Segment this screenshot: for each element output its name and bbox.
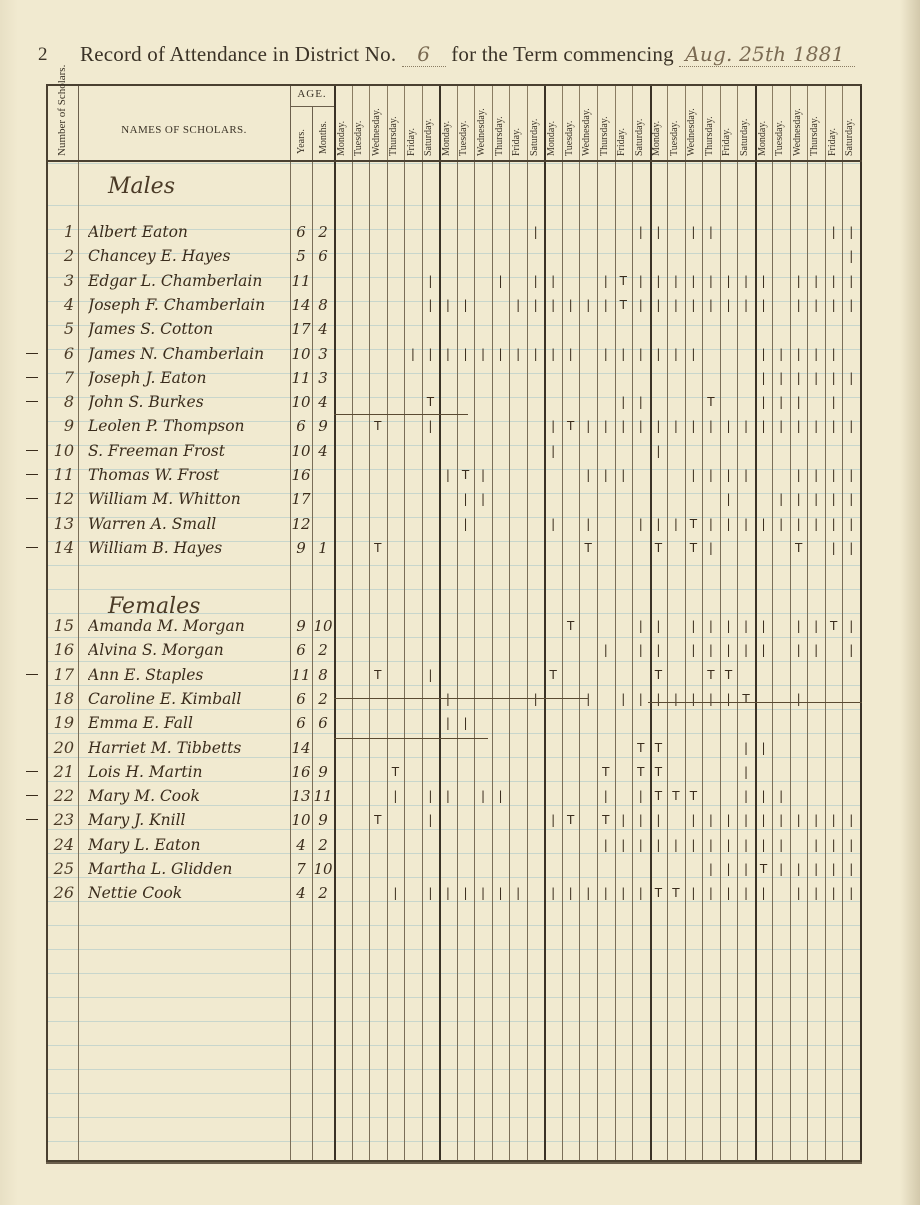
scholar-number: 8 bbox=[48, 392, 78, 411]
scholar-row: 10S. Freeman Frost104|| bbox=[48, 439, 860, 463]
present-mark: | bbox=[844, 492, 858, 506]
present-mark: | bbox=[722, 813, 736, 827]
present-mark: | bbox=[651, 419, 665, 433]
present-mark: | bbox=[844, 298, 858, 312]
present-mark: | bbox=[722, 886, 736, 900]
age-months: 10 bbox=[312, 617, 334, 635]
present-mark: | bbox=[459, 517, 473, 531]
present-mark: | bbox=[651, 347, 665, 361]
present-mark: | bbox=[757, 643, 771, 657]
present-mark: | bbox=[423, 347, 437, 361]
present-mark: | bbox=[616, 813, 630, 827]
attendance-marks: |||||T|||||||||||| bbox=[334, 269, 860, 293]
handwritten-rule-line bbox=[334, 414, 468, 415]
present-mark: | bbox=[827, 838, 841, 852]
present-mark: | bbox=[388, 886, 402, 900]
tardy-mark: T bbox=[371, 813, 385, 827]
present-mark: | bbox=[441, 789, 455, 803]
present-mark: | bbox=[423, 668, 437, 682]
present-mark: | bbox=[686, 298, 700, 312]
present-mark: | bbox=[722, 862, 736, 876]
present-mark: | bbox=[634, 298, 648, 312]
present-mark: | bbox=[844, 419, 858, 433]
day-label: Thursday. bbox=[388, 116, 399, 156]
scholar-number: 22 bbox=[48, 786, 78, 805]
scholar-name: Chancey E. Hayes bbox=[88, 247, 288, 265]
age-years: 17 bbox=[290, 490, 312, 508]
present-mark: | bbox=[739, 765, 753, 779]
present-mark: | bbox=[757, 274, 771, 288]
present-mark: | bbox=[704, 298, 718, 312]
present-mark: | bbox=[792, 492, 806, 506]
present-mark: | bbox=[599, 643, 613, 657]
day-label: Friday. bbox=[827, 128, 838, 156]
tardy-mark: T bbox=[371, 419, 385, 433]
day-column-header-tuesday: Tuesday. bbox=[772, 86, 791, 160]
age-months: 2 bbox=[312, 884, 334, 902]
present-mark: | bbox=[722, 619, 736, 633]
district-number: 6 bbox=[402, 42, 446, 67]
present-mark: | bbox=[844, 862, 858, 876]
present-mark: | bbox=[704, 838, 718, 852]
tardy-mark: T bbox=[599, 765, 613, 779]
present-mark: | bbox=[844, 813, 858, 827]
present-mark: | bbox=[809, 274, 823, 288]
present-mark: | bbox=[616, 838, 630, 852]
present-mark: | bbox=[564, 347, 578, 361]
present-mark: | bbox=[704, 419, 718, 433]
scholar-number: 3 bbox=[48, 271, 78, 290]
present-mark: | bbox=[634, 419, 648, 433]
present-mark: | bbox=[441, 886, 455, 900]
age-months: 4 bbox=[312, 393, 334, 411]
present-mark: | bbox=[441, 468, 455, 482]
present-mark: | bbox=[722, 274, 736, 288]
scholar-number: 25 bbox=[48, 859, 78, 878]
scholar-name: Mary M. Cook bbox=[88, 787, 288, 805]
present-mark: | bbox=[669, 347, 683, 361]
present-mark: | bbox=[423, 298, 437, 312]
tardy-mark: T bbox=[388, 765, 402, 779]
present-mark: | bbox=[423, 886, 437, 900]
present-mark: | bbox=[459, 716, 473, 730]
margin-tick-mark bbox=[26, 377, 38, 378]
present-mark: | bbox=[564, 886, 578, 900]
present-mark: | bbox=[616, 886, 630, 900]
scholar-name: Joseph F. Chamberlain bbox=[88, 296, 288, 314]
present-mark: | bbox=[546, 419, 560, 433]
header-number-of-scholars: Number of Scholars. bbox=[48, 86, 79, 160]
header-months: Months. bbox=[312, 106, 336, 160]
present-mark: | bbox=[651, 643, 665, 657]
present-mark: | bbox=[757, 789, 771, 803]
header-age-label: AGE. bbox=[290, 88, 334, 107]
present-mark: | bbox=[651, 813, 665, 827]
age-months: 9 bbox=[312, 417, 334, 435]
day-label: Saturday. bbox=[844, 119, 855, 156]
present-mark: | bbox=[651, 225, 665, 239]
age-years: 10 bbox=[290, 811, 312, 829]
age-years: 6 bbox=[290, 223, 312, 241]
present-mark: | bbox=[599, 789, 613, 803]
attendance-marks: ||||||||||||||||||||| bbox=[334, 342, 860, 366]
scholar-name: John S. Burkes bbox=[88, 393, 288, 411]
day-column-header-thursday: Thursday. bbox=[807, 86, 826, 160]
header-years-label: Years. bbox=[296, 129, 307, 154]
age-months: 10 bbox=[312, 860, 334, 878]
present-mark: | bbox=[546, 886, 560, 900]
age-months: 2 bbox=[312, 641, 334, 659]
attendance-marks: || bbox=[334, 711, 860, 735]
scholar-row: 17Ann E. Staples118T|TTTT bbox=[48, 663, 860, 687]
present-mark: | bbox=[686, 419, 700, 433]
scholar-number: 12 bbox=[48, 489, 78, 508]
scholar-row: 24Mary L. Eaton42|||||||||||||| bbox=[48, 833, 860, 857]
present-mark: | bbox=[494, 789, 508, 803]
present-mark: | bbox=[844, 517, 858, 531]
tardy-mark: T bbox=[581, 541, 595, 555]
day-column-header-wednesday: Wednesday. bbox=[579, 86, 598, 160]
scholar-name: Edgar L. Chamberlain bbox=[88, 272, 288, 290]
present-mark: | bbox=[494, 347, 508, 361]
scholar-row: 3Edgar L. Chamberlain11|||||T|||||||||||… bbox=[48, 269, 860, 293]
scholar-row: 5James S. Cotton174 bbox=[48, 317, 860, 341]
present-mark: | bbox=[686, 347, 700, 361]
day-label: Thursday. bbox=[494, 116, 505, 156]
present-mark: | bbox=[669, 692, 683, 706]
present-mark: | bbox=[844, 619, 858, 633]
present-mark: | bbox=[774, 862, 788, 876]
handwritten-rule-line bbox=[334, 698, 588, 699]
scholar-number: 21 bbox=[48, 762, 78, 781]
scholar-name: William B. Hayes bbox=[88, 539, 288, 557]
age-years: 4 bbox=[290, 836, 312, 854]
day-label: Tuesday. bbox=[458, 121, 469, 156]
present-mark: | bbox=[546, 298, 560, 312]
present-mark: | bbox=[616, 468, 630, 482]
tardy-mark: T bbox=[634, 765, 648, 779]
present-mark: | bbox=[616, 692, 630, 706]
present-mark: | bbox=[616, 419, 630, 433]
present-mark: | bbox=[441, 298, 455, 312]
day-label: Monday. bbox=[336, 121, 347, 156]
tardy-mark: T bbox=[739, 692, 753, 706]
present-mark: | bbox=[827, 395, 841, 409]
attendance-marks: |||||||||||||TT||||||||| bbox=[334, 881, 860, 905]
age-months: 2 bbox=[312, 836, 334, 854]
scholar-row: 6James N. Chamberlain103||||||||||||||||… bbox=[48, 342, 860, 366]
scholar-number: 1 bbox=[48, 222, 78, 241]
scholar-name: Emma E. Fall bbox=[88, 714, 288, 732]
present-mark: | bbox=[616, 347, 630, 361]
age-months: 3 bbox=[312, 369, 334, 387]
present-mark: | bbox=[634, 517, 648, 531]
age-years: 4 bbox=[290, 884, 312, 902]
present-mark: | bbox=[722, 492, 736, 506]
age-months: 2 bbox=[312, 223, 334, 241]
present-mark: | bbox=[792, 371, 806, 385]
day-column-header-wednesday: Wednesday. bbox=[685, 86, 704, 160]
title-prefix: Record of Attendance in District No. bbox=[80, 42, 396, 66]
scholar-name: Joseph J. Eaton bbox=[88, 369, 288, 387]
present-mark: | bbox=[774, 789, 788, 803]
day-label: Wednesday. bbox=[476, 108, 487, 156]
present-mark: | bbox=[844, 886, 858, 900]
day-column-header-tuesday: Tuesday. bbox=[457, 86, 476, 160]
present-mark: | bbox=[581, 517, 595, 531]
scholar-name: Caroline E. Kimball bbox=[88, 690, 288, 708]
header-days: Monday.Tuesday.Wednesday.Thursday.Friday… bbox=[334, 86, 860, 160]
present-mark: | bbox=[686, 886, 700, 900]
scholar-number: 4 bbox=[48, 295, 78, 314]
day-label: Tuesday. bbox=[564, 121, 575, 156]
present-mark: | bbox=[792, 395, 806, 409]
present-mark: | bbox=[476, 468, 490, 482]
present-mark: | bbox=[757, 395, 771, 409]
header-months-label: Months. bbox=[318, 121, 329, 154]
day-column-header-thursday: Thursday. bbox=[702, 86, 721, 160]
day-label: Saturday. bbox=[739, 119, 750, 156]
day-label: Wednesday. bbox=[371, 108, 382, 156]
age-years: 17 bbox=[290, 320, 312, 338]
present-mark: | bbox=[529, 347, 543, 361]
present-mark: | bbox=[809, 298, 823, 312]
attendance-marks: T||T|||||||||||||||| bbox=[334, 414, 860, 438]
present-mark: | bbox=[599, 838, 613, 852]
present-mark: | bbox=[844, 371, 858, 385]
age-years: 11 bbox=[290, 666, 312, 684]
scholar-name: James S. Cotton bbox=[88, 320, 288, 338]
day-label: Thursday. bbox=[599, 116, 610, 156]
tardy-mark: T bbox=[792, 541, 806, 555]
present-mark: | bbox=[476, 886, 490, 900]
day-column-header-wednesday: Wednesday. bbox=[474, 86, 493, 160]
present-mark: | bbox=[669, 419, 683, 433]
day-label: Monday. bbox=[441, 121, 452, 156]
present-mark: | bbox=[599, 298, 613, 312]
scholar-name: Alvina S. Morgan bbox=[88, 641, 288, 659]
tardy-mark: T bbox=[669, 789, 683, 803]
attendance-marks: | bbox=[334, 244, 860, 268]
margin-tick-mark bbox=[26, 674, 38, 675]
attendance-marks: |||||||TTT||| bbox=[334, 784, 860, 808]
scholar-name: Leolen P. Thompson bbox=[88, 417, 288, 435]
present-mark: | bbox=[757, 619, 771, 633]
scholar-row: 1Albert Eaton62||||||| bbox=[48, 220, 860, 244]
age-months: 6 bbox=[312, 247, 334, 265]
present-mark: | bbox=[651, 444, 665, 458]
day-column-header-tuesday: Tuesday. bbox=[667, 86, 686, 160]
present-mark: | bbox=[459, 298, 473, 312]
scholar-name: Lois H. Martin bbox=[88, 763, 288, 781]
age-years: 10 bbox=[290, 393, 312, 411]
present-mark: | bbox=[739, 886, 753, 900]
day-label: Saturday. bbox=[423, 119, 434, 156]
scholar-name: Thomas W. Frost bbox=[88, 466, 288, 484]
day-column-header-monday: Monday. bbox=[334, 86, 353, 160]
present-mark: | bbox=[809, 492, 823, 506]
present-mark: | bbox=[792, 517, 806, 531]
scholar-row: 9Leolen P. Thompson69T||T|||||||||||||||… bbox=[48, 414, 860, 438]
scholar-number: 7 bbox=[48, 368, 78, 387]
scholar-name: Harriet M. Tibbetts bbox=[88, 739, 288, 757]
tardy-mark: T bbox=[651, 789, 665, 803]
age-months: 9 bbox=[312, 811, 334, 829]
scholar-name: William M. Whitton bbox=[88, 490, 288, 508]
present-mark: | bbox=[476, 492, 490, 506]
scholar-name: Nettie Cook bbox=[88, 884, 288, 902]
tardy-mark: T bbox=[616, 298, 630, 312]
scholar-name: S. Freeman Frost bbox=[88, 442, 288, 460]
age-months: 4 bbox=[312, 442, 334, 460]
age-years: 6 bbox=[290, 690, 312, 708]
age-years: 10 bbox=[290, 442, 312, 460]
present-mark: | bbox=[809, 468, 823, 482]
tardy-mark: T bbox=[704, 668, 718, 682]
day-label: Monday. bbox=[651, 121, 662, 156]
present-mark: | bbox=[809, 619, 823, 633]
present-mark: | bbox=[388, 789, 402, 803]
present-mark: | bbox=[634, 838, 648, 852]
age-years: 6 bbox=[290, 714, 312, 732]
present-mark: | bbox=[494, 274, 508, 288]
age-years: 6 bbox=[290, 641, 312, 659]
day-label: Friday. bbox=[511, 128, 522, 156]
present-mark: | bbox=[739, 789, 753, 803]
present-mark: | bbox=[722, 468, 736, 482]
day-label: Wednesday. bbox=[581, 108, 592, 156]
present-mark: | bbox=[844, 541, 858, 555]
present-mark: | bbox=[704, 643, 718, 657]
present-mark: | bbox=[669, 274, 683, 288]
age-years: 12 bbox=[290, 515, 312, 533]
present-mark: | bbox=[739, 813, 753, 827]
margin-tick-mark bbox=[26, 547, 38, 548]
present-mark: | bbox=[774, 813, 788, 827]
margin-tick-mark bbox=[26, 819, 38, 820]
attendance-marks: T||TT||||||||||||| bbox=[334, 808, 860, 832]
present-mark: | bbox=[651, 274, 665, 288]
present-mark: | bbox=[634, 692, 648, 706]
age-years: 6 bbox=[290, 417, 312, 435]
scholar-row: 13Warren A. Small12||||||T||||||||| bbox=[48, 512, 860, 536]
header-names-label: NAMES OF SCHOLARS. bbox=[78, 124, 290, 136]
present-mark: | bbox=[844, 838, 858, 852]
present-mark: | bbox=[651, 298, 665, 312]
scholar-number: 18 bbox=[48, 689, 78, 708]
present-mark: | bbox=[651, 838, 665, 852]
day-column-header-tuesday: Tuesday. bbox=[562, 86, 581, 160]
day-column-header-thursday: Thursday. bbox=[492, 86, 511, 160]
tardy-mark: T bbox=[564, 419, 578, 433]
present-mark: | bbox=[774, 347, 788, 361]
present-mark: | bbox=[757, 741, 771, 755]
day-label: Friday. bbox=[616, 128, 627, 156]
present-mark: | bbox=[581, 298, 595, 312]
attendance-marks: |||||||| bbox=[334, 487, 860, 511]
scholar-number: 14 bbox=[48, 538, 78, 557]
day-label: Tuesday. bbox=[669, 121, 680, 156]
present-mark: | bbox=[423, 789, 437, 803]
present-mark: | bbox=[722, 517, 736, 531]
day-column-header-friday: Friday. bbox=[404, 86, 423, 160]
present-mark: | bbox=[669, 298, 683, 312]
age-years: 14 bbox=[290, 739, 312, 757]
tardy-mark: T bbox=[757, 862, 771, 876]
age-years: 16 bbox=[290, 763, 312, 781]
present-mark: | bbox=[686, 692, 700, 706]
present-mark: | bbox=[529, 298, 543, 312]
tardy-mark: T bbox=[686, 517, 700, 531]
scholar-row: 8John S. Burkes104T||T|||| bbox=[48, 390, 860, 414]
attendance-marks: |||||||||T|||||||||||| bbox=[334, 293, 860, 317]
day-column-header-saturday: Saturday. bbox=[842, 86, 862, 160]
present-mark: | bbox=[616, 395, 630, 409]
present-mark: | bbox=[739, 741, 753, 755]
present-mark: | bbox=[651, 517, 665, 531]
attendance-ledger: Number of Scholars. NAMES OF SCHOLARS. A… bbox=[46, 84, 862, 1162]
present-mark: | bbox=[757, 886, 771, 900]
tardy-mark: T bbox=[651, 741, 665, 755]
present-mark: | bbox=[739, 643, 753, 657]
present-mark: | bbox=[774, 492, 788, 506]
day-label: Saturday. bbox=[634, 119, 645, 156]
present-mark: | bbox=[774, 371, 788, 385]
age-months: 9 bbox=[312, 763, 334, 781]
present-mark: | bbox=[651, 619, 665, 633]
age-years: 9 bbox=[290, 539, 312, 557]
present-mark: | bbox=[704, 692, 718, 706]
age-years: 5 bbox=[290, 247, 312, 265]
day-label: Monday. bbox=[757, 121, 768, 156]
scholar-number: 19 bbox=[48, 713, 78, 732]
day-label: Wednesday. bbox=[792, 108, 803, 156]
present-mark: | bbox=[827, 517, 841, 531]
present-mark: | bbox=[809, 517, 823, 531]
attendance-marks: |T|||||||||||| bbox=[334, 463, 860, 487]
present-mark: | bbox=[599, 347, 613, 361]
title-suffix: for the Term commencing bbox=[451, 42, 674, 66]
present-mark: | bbox=[686, 838, 700, 852]
tardy-mark: T bbox=[704, 395, 718, 409]
tardy-mark: T bbox=[634, 741, 648, 755]
scholar-number: 24 bbox=[48, 835, 78, 854]
scholar-name: Mary J. Knill bbox=[88, 811, 288, 829]
present-mark: | bbox=[634, 789, 648, 803]
present-mark: | bbox=[809, 419, 823, 433]
day-column-header-friday: Friday. bbox=[509, 86, 528, 160]
present-mark: | bbox=[809, 886, 823, 900]
attendance-marks: |||||||||||||| bbox=[334, 833, 860, 857]
present-mark: | bbox=[441, 716, 455, 730]
scholar-row: 25Martha L. Glidden710|||T||||| bbox=[48, 857, 860, 881]
tardy-mark: T bbox=[616, 274, 630, 288]
present-mark: | bbox=[704, 274, 718, 288]
age-months: 11 bbox=[312, 787, 334, 805]
present-mark: | bbox=[827, 862, 841, 876]
scholar-name: Warren A. Small bbox=[88, 515, 288, 533]
header-years: Years. bbox=[290, 106, 313, 160]
handwritten-rule-line bbox=[648, 702, 862, 703]
present-mark: | bbox=[599, 886, 613, 900]
page-number: 2 bbox=[38, 44, 48, 66]
age-years: 11 bbox=[290, 369, 312, 387]
present-mark: | bbox=[722, 419, 736, 433]
tardy-mark: T bbox=[599, 813, 613, 827]
scholar-row: 22Mary M. Cook1311|||||||TTT||| bbox=[48, 784, 860, 808]
present-mark: | bbox=[441, 347, 455, 361]
tardy-mark: T bbox=[546, 668, 560, 682]
